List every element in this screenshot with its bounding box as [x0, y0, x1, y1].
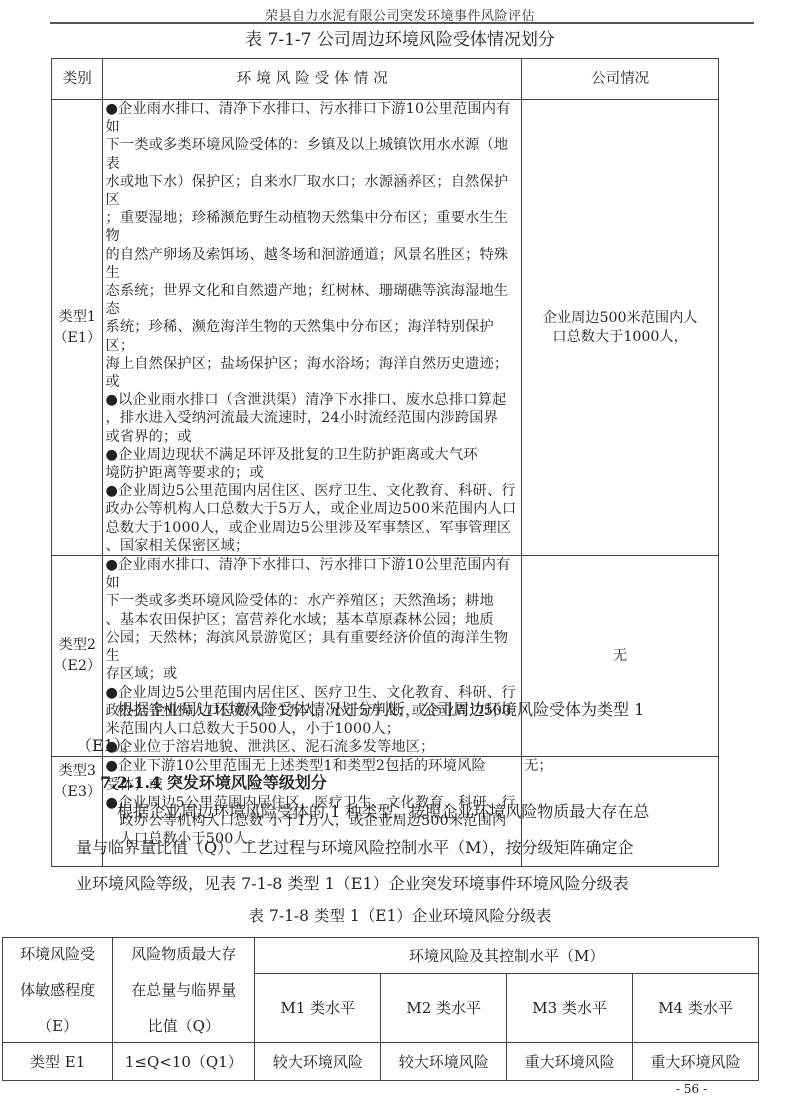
company-cell: 企业周边500米范围内人 口总数大于1000人， — [522, 100, 719, 556]
header-control-level-group: 环境风险及其控制水平（M） — [255, 938, 759, 974]
table-row-type1: 类型1 （E1） ●企业雨水排口、清净下水排口、污水排口下游10公里范围内有如 … — [52, 100, 719, 556]
table-row-type2: 类型2 （E2） ●企业雨水排口、清净下水排口、污水排口下游10公里范围内有如 … — [52, 556, 719, 757]
header-m2: M2 类水平 — [381, 974, 507, 1043]
text-line: 水或地下水）保护区；自来水厂取水口；水源涵养区；自然保护区 — [105, 173, 519, 209]
category-cell: 类型2 （E2） — [52, 556, 103, 757]
column-header-company: 公司情况 — [522, 59, 719, 100]
table-row-e1: 类型 E1 1≤Q<10（Q1） 较大环境风险 较大环境风险 重大环境风险 重大… — [3, 1043, 759, 1081]
page-number: - 56 - — [676, 1082, 707, 1096]
text-line: 公园；天然林；海滨风景游览区；具有重要经济价值的海洋生物生 — [105, 629, 519, 665]
company-cell: 无 — [522, 556, 719, 757]
text-line: ●企业雨水排口、清净下水排口、污水排口下游10公里范围内有如 — [105, 556, 519, 592]
text-line: 政办公等机构人口总数大于5万人，或企业周边500米范围内人口 — [105, 500, 519, 518]
header-sensitivity: 环境风险受 体敏感程度 （E） — [3, 938, 113, 1043]
category-code: （E1） — [52, 328, 102, 349]
paragraph-method-line1: 根据企业周边环境风险受体的 1 种类型，按照企业环境风险物质最大存在总 — [117, 797, 649, 827]
cell-m1-risk: 较大环境风险 — [255, 1043, 381, 1081]
text-line: 总数大于1000人，或企业周边5公里涉及军事禁区、军事管理区 — [105, 519, 519, 537]
cell-sensitivity: 类型 E1 — [3, 1043, 113, 1081]
text-line: 、基本农田保护区；富营养化水域；基本草原森林公园；地质 — [105, 611, 519, 629]
text-line: 下一类或多类环境风险受体的：水产养殖区；天然渔场；耕地 — [105, 592, 519, 610]
category-code: （E2） — [52, 656, 102, 677]
header-text: 环境风险受 — [3, 941, 112, 967]
header-m4: M4 类水平 — [633, 974, 759, 1043]
text-line: ●企业周边现状不满足环评及批复的卫生防护距离或大气环 — [105, 446, 519, 464]
category-label: 类型1 — [52, 307, 102, 328]
header-text: 体敏感程度 — [3, 977, 112, 1003]
cell-m2-risk: 较大环境风险 — [381, 1043, 507, 1081]
environment-cell: ●企业雨水排口、清净下水排口、污水排口下游10公里范围内有如 下一类或多类环境风… — [103, 556, 522, 757]
text-line: ●企业位于溶岩地貌、泄洪区、泥石流多发等地区； — [105, 738, 519, 756]
section-heading: 7.2.1.4 突发环境风险等级划分 — [100, 770, 327, 793]
paragraph-method-line2: 量与临界量比值（Q）、工艺过程与环境风险控制水平（M），按分级矩阵确定企 — [76, 833, 634, 863]
category-code: （E3） — [52, 782, 102, 803]
table2-title: 表 7-1-8 类型 1（E1）企业环境风险分级表 — [0, 904, 800, 926]
risk-receptor-table: 类别 环 境 风 险 受 体 情 况 公司情况 类型1 （E1） ●企业雨水排口… — [51, 58, 719, 867]
text-line: 、国家相关保密区域； — [105, 537, 519, 555]
company-text: 口总数大于1000人， — [524, 328, 716, 346]
table1-title: 表 7-1-7 公司周边环境风险受体情况划分 — [0, 25, 800, 50]
header-m3: M3 类水平 — [507, 974, 633, 1043]
text-line: 海上自然保护区；盐场保护区；海水浴场；海洋自然历史遗迹；或 — [105, 355, 519, 391]
table-header-row: 类别 环 境 风 险 受 体 情 况 公司情况 — [52, 59, 719, 100]
risk-grading-table: 环境风险受 体敏感程度 （E） 风险物质最大存 在总量与临界量 比值（Q） 环境… — [2, 937, 759, 1081]
header-q-ratio: 风险物质最大存 在总量与临界量 比值（Q） — [113, 938, 255, 1043]
text-line: ，排水进入受纳河流最大流速时，24小时流经范围内涉跨国界 — [105, 409, 519, 427]
text-line: ●企业周边5公里范围内居住区、医疗卫生、文化教育、科研、行 — [105, 482, 519, 500]
text-line: 的自然产卵场及索饵场、越冬场和洄游通道；风景名胜区；特殊生 — [105, 246, 519, 282]
header-rule — [50, 22, 754, 24]
header-text: 在总量与临界量 — [113, 977, 254, 1003]
text-line: 下一类或多类环境风险受体的：乡镇及以上城镇饮用水水源（地表 — [105, 136, 519, 172]
environment-cell: ●企业雨水排口、清净下水排口、污水排口下游10公里范围内有如 下一类或多类环境风… — [103, 100, 522, 556]
paragraph-conclusion-line2: （E1）。 — [76, 731, 138, 761]
header-text: 比值（Q） — [113, 1013, 254, 1039]
category-label: 类型3 — [52, 761, 102, 782]
header-text: 风险物质最大存 — [113, 941, 254, 967]
text-line: 或省界的；或 — [105, 428, 519, 446]
paragraph-conclusion-line1: 根据企业周边环境风险受体情况划分判断，公司周边环境风险受体为类型 1 — [117, 695, 644, 725]
text-line: ●以企业雨水排口（含泄洪渠）清净下水排口、废水总排口算起 — [105, 391, 519, 409]
category-cell: 类型1 （E1） — [52, 100, 103, 556]
text-line: 境防护距离等要求的；或 — [105, 464, 519, 482]
table-header-row: 环境风险受 体敏感程度 （E） 风险物质最大存 在总量与临界量 比值（Q） 环境… — [3, 938, 759, 974]
text-line: ；重要湿地；珍稀濒危野生动植物天然集中分布区；重要水生生物 — [105, 209, 519, 245]
header-text: （E） — [3, 1013, 112, 1039]
company-text: 企业周边500米范围内人 — [524, 309, 716, 327]
column-header-category: 类别 — [52, 59, 103, 100]
cell-m3-risk: 重大环境风险 — [507, 1043, 633, 1081]
cell-q-ratio: 1≤Q<10（Q1） — [113, 1043, 255, 1081]
text-line: ●企业雨水排口、清净下水排口、污水排口下游10公里范围内有如 — [105, 100, 519, 136]
category-label: 类型2 — [52, 635, 102, 656]
text-line: 系统；珍稀、濒危海洋生物的天然集中分布区；海洋特别保护区； — [105, 318, 519, 354]
cell-m4-risk: 重大环境风险 — [633, 1043, 759, 1081]
text-line: 存区域；或 — [105, 665, 519, 683]
paragraph-method-line3: 业环境风险等级，见表 7-1-8 类型 1（E1）企业突发环境事件环境风险分级表 — [76, 869, 629, 899]
column-header-environment: 环 境 风 险 受 体 情 况 — [103, 59, 522, 100]
text-line: 态系统；世界文化和自然遗产地；红树林、珊瑚礁等滨海湿地生态 — [105, 282, 519, 318]
header-m1: M1 类水平 — [255, 974, 381, 1043]
